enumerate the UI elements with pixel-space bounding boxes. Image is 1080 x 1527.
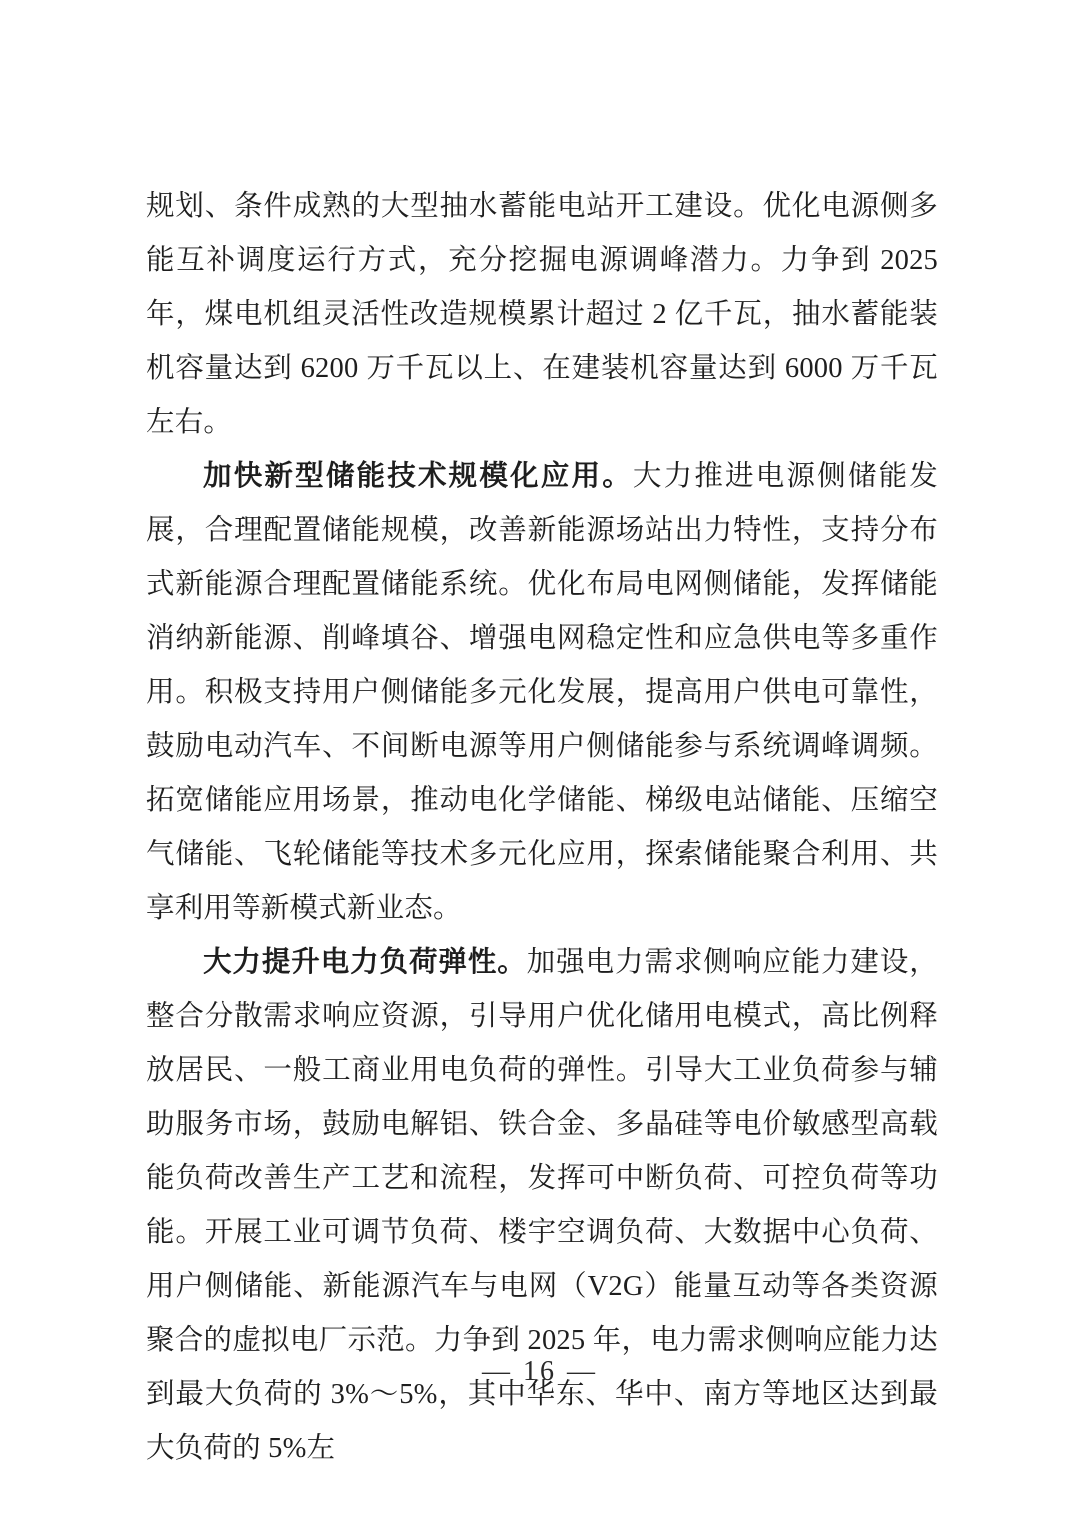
paragraph-text: 大力推进电源侧储能发展，合理配置储能规模，改善新能源场站出力特性，支持分布式新能…	[146, 461, 938, 924]
paragraph-lead: 加快新型储能技术规模化应用。	[203, 461, 633, 492]
document-page: 规划、条件成熟的大型抽水蓄能电站开工建设。优化电源侧多能互补调度运行方式，充分挖…	[0, 0, 1080, 1527]
page-number: — 16 —	[0, 1352, 1080, 1392]
paragraph-text: 规划、条件成熟的大型抽水蓄能电站开工建设。优化电源侧多能互补调度运行方式，充分挖…	[146, 191, 938, 438]
paragraph-continuation: 规划、条件成熟的大型抽水蓄能电站开工建设。优化电源侧多能互补调度运行方式，充分挖…	[146, 180, 938, 450]
paragraph-storage: 加快新型储能技术规模化应用。大力推进电源侧储能发展，合理配置储能规模，改善新能源…	[146, 450, 938, 936]
paragraph-lead: 大力提升电力负荷弹性。	[203, 947, 527, 978]
paragraph-load-flexibility: 大力提升电力负荷弹性。加强电力需求侧响应能力建设，整合分散需求响应资源，引导用户…	[146, 936, 938, 1476]
document-body: 规划、条件成熟的大型抽水蓄能电站开工建设。优化电源侧多能互补调度运行方式，充分挖…	[146, 180, 938, 1476]
